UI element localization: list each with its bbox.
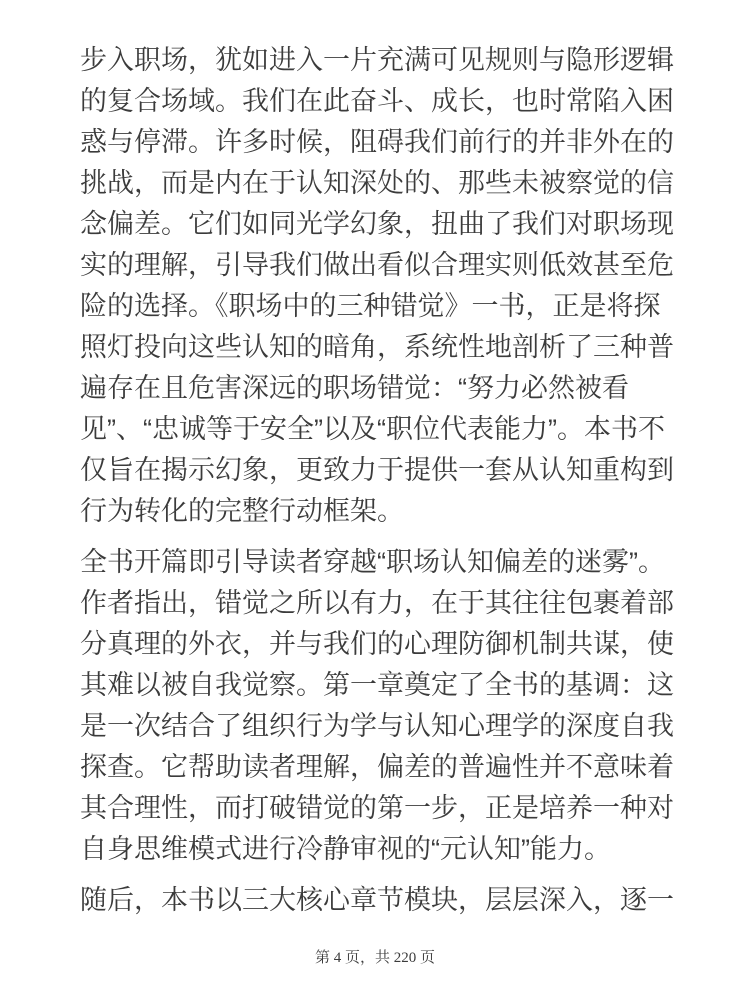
document-page: 步入职场，犹如进入一片充满可见规则与隐形逻辑的复合场域。我们在此奋斗、成长，也时… xyxy=(0,0,750,1000)
paragraph-chapter-one: 全书开篇即引导读者穿越“职场认知偏差的迷雾”。作者指出，错觉之所以有力，在于其往… xyxy=(80,542,678,870)
paragraph-intro: 步入职场，犹如进入一片充满可见规则与隐形逻辑的复合场域。我们在此奋斗、成长，也时… xyxy=(80,40,678,532)
paragraph-core-modules-truncated: 随后，本书以三大核心章节模块，层层深入，逐一 xyxy=(80,880,678,921)
page-body-text: 步入职场，犹如进入一片充满可见规则与隐形逻辑的复合场域。我们在此奋斗、成长，也时… xyxy=(80,40,678,931)
page-number-indicator: 第 4 页，共 220 页 xyxy=(0,947,750,969)
